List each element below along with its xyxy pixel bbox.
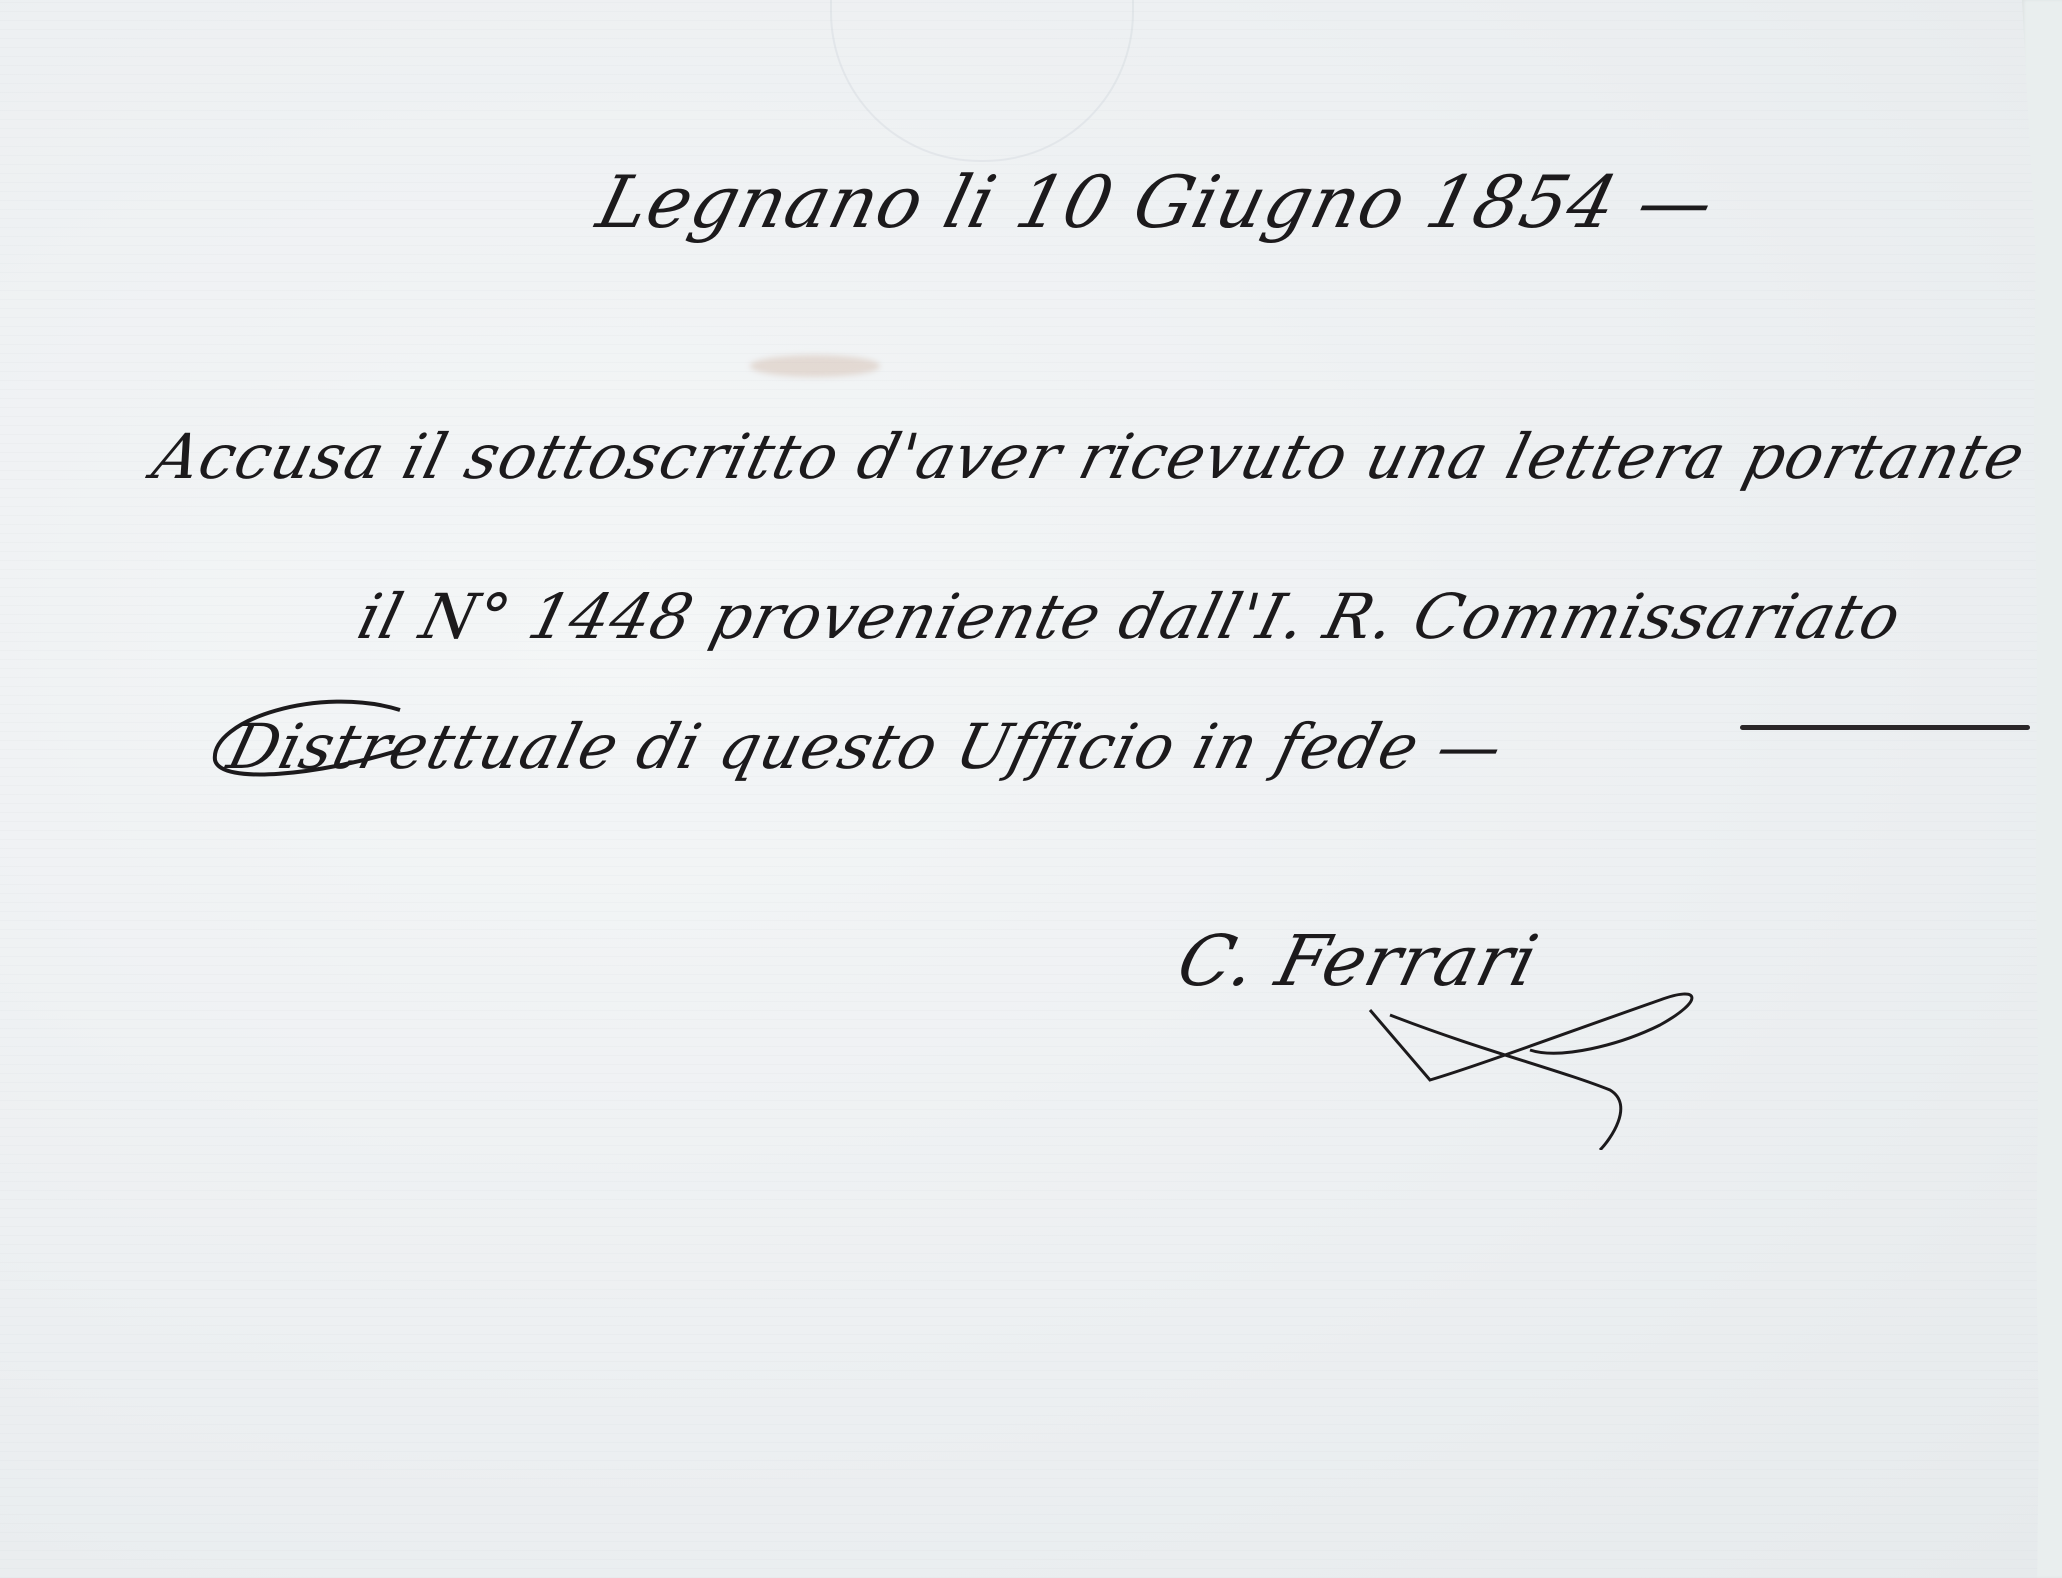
body-line-2: il N° 1448 proveniente dall'I. R. Commis… — [351, 580, 1909, 653]
body-line-3: Distrettuale di questo Ufficio in fede — — [221, 710, 1511, 783]
ink-stain — [750, 355, 880, 377]
body-line-1: Accusa il sottoscritto d'aver ricevuto u… — [146, 420, 2033, 493]
torn-paper-edge — [2022, 0, 2062, 1578]
date-line: Legnano li 10 Giugno 1854 — — [590, 160, 1724, 244]
signature-flourish-icon — [1360, 980, 1740, 1150]
paper-watermark — [830, 0, 1134, 162]
paper-sheet: Legnano li 10 Giugno 1854 — Accusa il so… — [0, 0, 2062, 1578]
closing-rule — [1740, 725, 2030, 730]
